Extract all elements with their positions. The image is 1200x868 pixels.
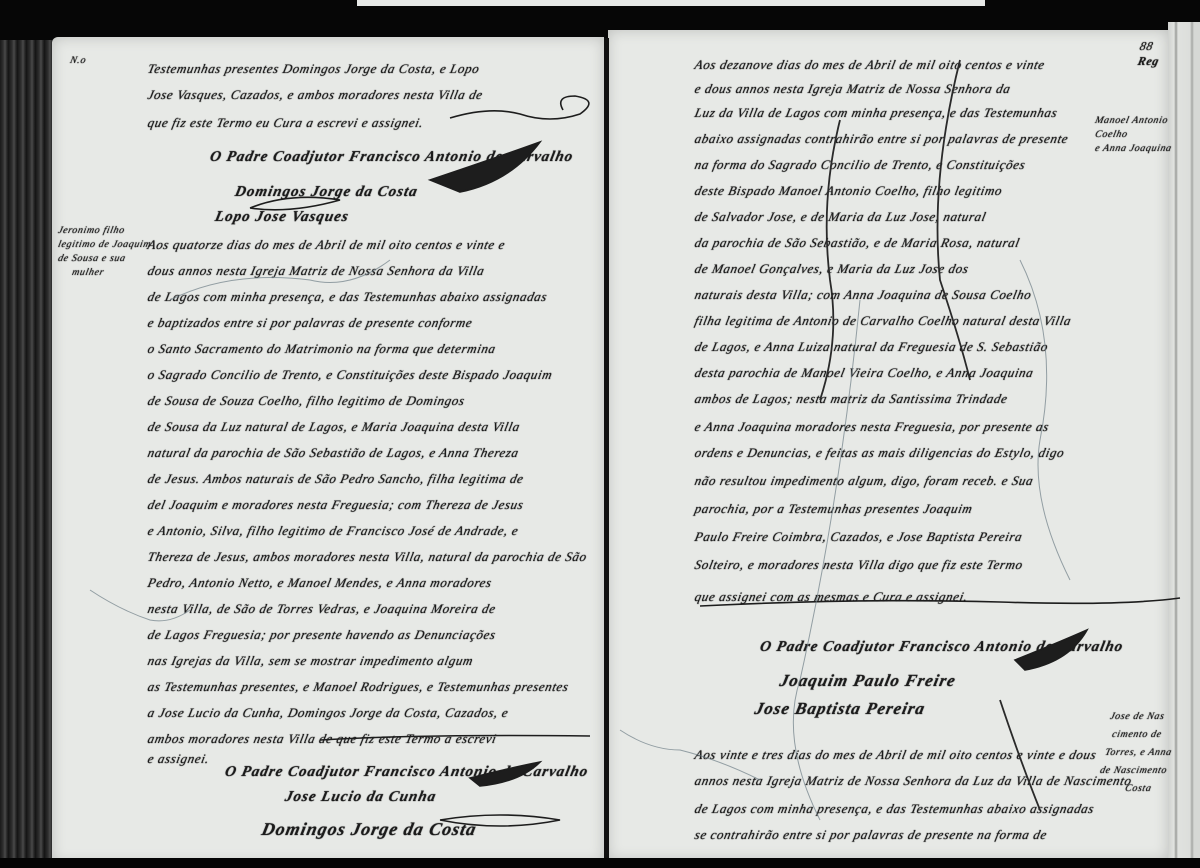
margin-note: de Sousa e sua (57, 254, 127, 264)
text-line: de Lagos com minha presença, e das Teste… (147, 290, 549, 303)
text-line: desta parochia de Manoel Vieira Coelho, … (694, 366, 1035, 379)
text-line: ambos de Lagos; nesta matriz da Santissi… (694, 392, 1009, 405)
margin-note: legitimo de Joaquim (57, 240, 152, 250)
text-line: de Jesus. Ambos naturais de São Pedro Sa… (147, 472, 526, 485)
text-line: da parochia de São Sebastião, e de Maria… (694, 236, 1022, 249)
page-number: 88 (1139, 40, 1155, 52)
book-gutter (604, 38, 609, 864)
book-fore-edge-right (1168, 22, 1200, 862)
text-line: nesta Villa, de São de Torres Vedras, e … (147, 602, 498, 615)
text-line: Luz da Villa de Lagos com minha presença… (694, 106, 1059, 119)
text-line: Jose Vasques, Cazados, e ambos moradores… (147, 88, 485, 101)
text-line: Aos vinte e tres dias do mes de Abril de… (694, 748, 1098, 761)
margin-note: cimento de (1111, 730, 1163, 740)
text-line: que assignei com as mesmas e Cura e assi… (694, 590, 970, 603)
text-line: e Anna Joaquina moradores nesta Freguesi… (694, 420, 1051, 433)
text-line: Solteiro, e moradores nesta Villa digo q… (694, 558, 1025, 571)
signature: O Padre Coadjutor Francisco Antonio de C… (223, 765, 589, 780)
text-line: naturais desta Villa; com Anna Joaquina … (694, 288, 1033, 301)
page-number-note: Reg (1137, 55, 1161, 67)
text-line: Paulo Freire Coimbra, Cazados, e Jose Ba… (694, 530, 1024, 543)
margin-note: e Anna Joaquina (1094, 144, 1173, 154)
book-fore-edge-left (0, 40, 54, 868)
top-paper-strip (357, 0, 985, 6)
text-line: e dous annos nesta Igreja Matriz de Noss… (694, 82, 1012, 95)
margin-note: mulher (71, 268, 105, 278)
signature: Domingos Jorge da Costa (233, 185, 419, 200)
signature: Domingos Jorge da Costa (260, 820, 478, 838)
text-line: de Sousa da Luz natural de Lagos, e Mari… (147, 420, 522, 433)
text-line: abaixo assignadas contrahirão entre si p… (694, 132, 1070, 145)
margin-note: Coelho (1094, 130, 1129, 140)
text-line: Aos quatorze dias do mes de Abril de mil… (147, 238, 507, 251)
text-line: del Joaquim e moradores nesta Freguesia;… (147, 498, 525, 511)
text-line: não resultou impedimento algum, digo, fo… (694, 474, 1035, 487)
text-line: deste Bispado Manoel Antonio Coelho, fil… (694, 184, 1004, 197)
text-line: natural da parochia de São Sebastião de … (147, 446, 521, 459)
text-line: a Jose Lucio da Cunha, Domingos Jorge da… (147, 706, 510, 719)
text-line: Aos dezanove dias do mes de Abril de mil… (694, 58, 1047, 71)
signature: Jose Baptista Pereira (753, 700, 927, 717)
text-line: e baptizados entre si por palavras de pr… (147, 316, 474, 329)
text-line: de Manoel Gonçalves, e Maria da Luz Jose… (694, 262, 970, 275)
text-line: que fiz este Termo eu Cura a escrevi e a… (147, 116, 425, 129)
text-line: ambos moradores nesta Villa de que fiz e… (147, 732, 498, 745)
text-line: o Santo Sacramento do Matrimonio na form… (147, 342, 498, 355)
text-line: Testemunhas presentes Domingos Jorge da … (147, 62, 481, 75)
signature: Lopo Jose Vasques (213, 210, 350, 225)
signature: Jose Lucio da Cunha (283, 790, 437, 805)
signature: O Padre Coadjutor Francisco Antonio de C… (208, 150, 574, 165)
text-line: parochia, por a Testemunhas presentes Jo… (694, 502, 974, 515)
text-line: e assignei. (147, 752, 211, 765)
text-line: Thereza de Jesus, ambos moradores nesta … (147, 550, 589, 563)
signature: Joaquim Paulo Freire (778, 672, 957, 689)
signature: O Padre Coadjutor Francisco Antonio de C… (758, 640, 1124, 655)
text-line: dous annos nesta Igreja Matriz de Nossa … (147, 264, 486, 277)
text-line: de Lagos, e Anna Luiza natural da Fregue… (694, 340, 1050, 353)
text-line: de Salvador Jose, e de Maria da Luz Jose… (694, 210, 988, 223)
text-line: de Sousa de Souza Coelho, filho legitimo… (147, 394, 467, 407)
text-line: filha legitima de Antonio de Carvalho Co… (694, 314, 1073, 327)
text-line: e Antonio, Silva, filho legitimo de Fran… (147, 524, 520, 537)
text-line: de Lagos Freguesia; por presente havendo… (147, 628, 498, 641)
margin-top-note: N.o (69, 56, 87, 66)
text-line: as Testemunhas presentes, e Manoel Rodri… (147, 680, 571, 693)
margin-note: Jeronimo filho (57, 226, 126, 236)
text-line: o Sagrado Concilio de Trento, e Constitu… (147, 368, 554, 381)
margin-note: Jose de Nas (1109, 712, 1166, 722)
text-line: nas Igrejas da Villa, sem se mostrar imp… (147, 654, 475, 667)
text-line: de Lagos com minha presença, e das Teste… (694, 802, 1096, 815)
text-line: ordens e Denuncias, e feitas as mais dil… (694, 446, 1066, 459)
text-line: na forma do Sagrado Concilio de Trento, … (694, 158, 1027, 171)
margin-note: Manoel Antonio (1094, 116, 1169, 126)
margin-note: Torres, e Anna (1104, 748, 1173, 758)
text-line: se contrahirão entre si por palavras de … (694, 828, 1049, 841)
bottom-shadow (0, 858, 1200, 868)
text-line: Pedro, Antonio Netto, e Manoel Mendes, e… (147, 576, 494, 589)
text-line: annos nesta Igreja Matriz de Nossa Senho… (694, 774, 1134, 787)
